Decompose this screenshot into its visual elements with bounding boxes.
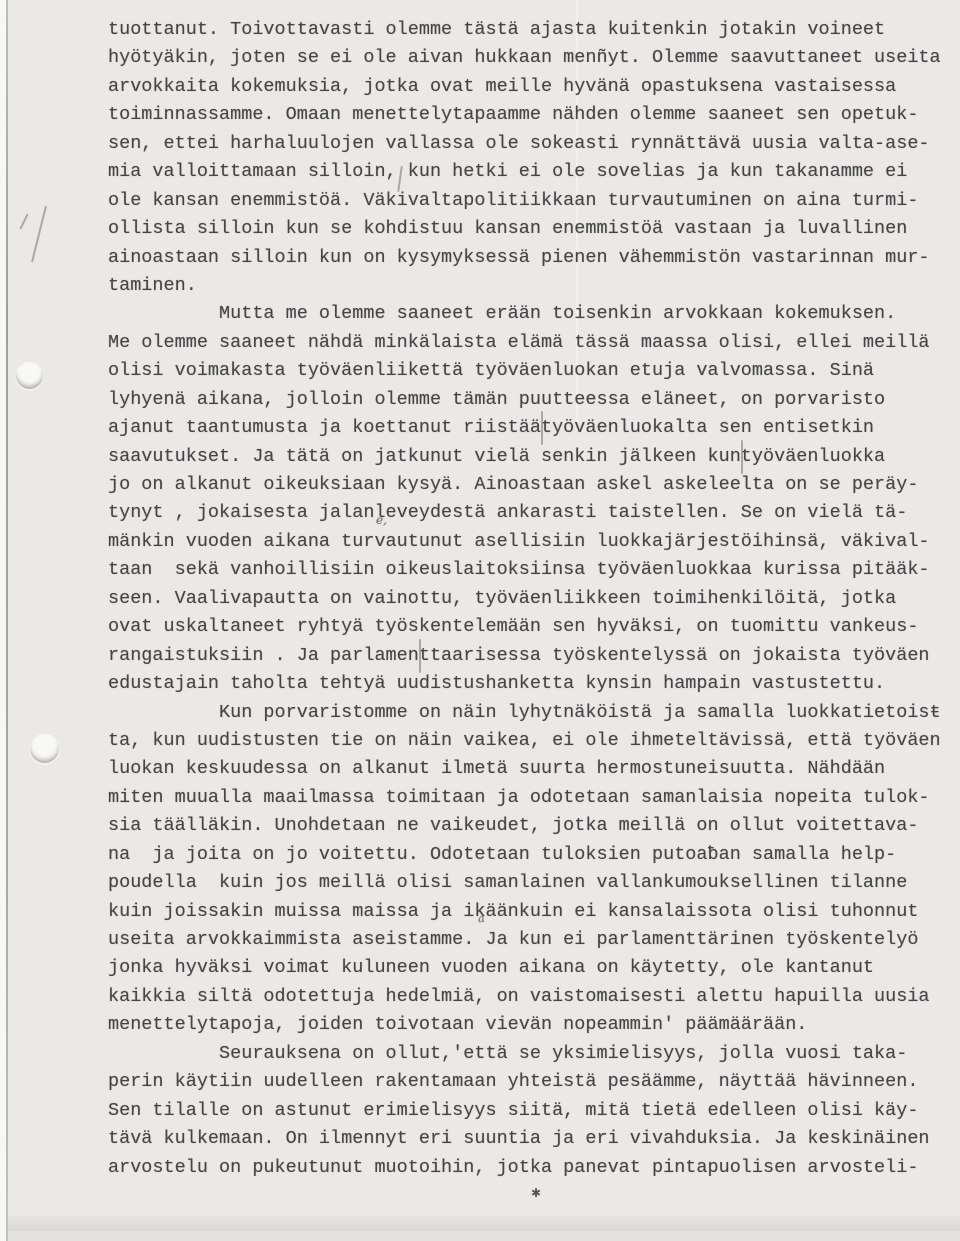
text-line: Kun porvaristomme on näin lyhytnäköistä … bbox=[108, 699, 941, 727]
text-line: edustajain taholta tehtyä uudistushanket… bbox=[108, 670, 941, 698]
scanned-typewritten-page: { "document": { "lines": [ "tuottanut. T… bbox=[0, 0, 960, 1241]
page-end-mark: ✱ bbox=[531, 1186, 541, 1200]
text-line: kaikkia siltä odotettuja hedelmiä, on va… bbox=[108, 983, 941, 1011]
text-line: Sen tilalle on astunut erimielisyys siit… bbox=[108, 1097, 941, 1125]
text-line: lyhyenä aikana, jolloin olemme tämän puu… bbox=[108, 386, 941, 414]
page-bottom-edge bbox=[8, 1216, 960, 1231]
text-line: saavutukset. Ja tätä on jatkunut vielä s… bbox=[108, 443, 941, 471]
text-line: poudella kuin jos meillä olisi samanlain… bbox=[108, 869, 941, 897]
text-line: rangaistuksiin . Ja parlamenttaarisessa … bbox=[108, 642, 941, 670]
text-line: perin käytiin uudelleen rakentamaan yhte… bbox=[108, 1068, 941, 1096]
text-line: taminen. bbox=[108, 272, 941, 300]
page-left-edge-shadow bbox=[6, 0, 8, 1241]
text-line: ta, kun uudistusten tie on näin vaikea, … bbox=[108, 727, 941, 755]
text-line: miten muualla maailmassa toimitaan ja od… bbox=[108, 784, 941, 812]
text-line: kuin joissakin muissa maissa ja ikäänkui… bbox=[108, 898, 941, 926]
text-line: sia täälläkin. Unohdetaan ne vaikeudet, … bbox=[108, 812, 941, 840]
text-line: ajanut taantumusta ja koettanut riistäät… bbox=[108, 414, 941, 442]
text-line: ollista silloin kun se kohdistuu kansan … bbox=[108, 215, 941, 243]
text-line: ovat uskaltaneet ryhtyä työskentelemään … bbox=[108, 613, 941, 641]
text-line: tynyt , jokaisesta jalanleveydestä ankar… bbox=[108, 499, 941, 527]
typewritten-text: tuottanut. Toivottavasti olemme tästä aj… bbox=[108, 16, 941, 1182]
text-line: tuottanut. Toivottavasti olemme tästä aj… bbox=[108, 16, 941, 44]
text-line: ainoastaan silloin kun on kysymyksessä p… bbox=[108, 244, 941, 272]
text-line: sen, ettei harhaluulojen vallassa ole so… bbox=[108, 130, 941, 158]
pencil-word-divider bbox=[541, 411, 543, 445]
text-line: na ja joita on jo voitettu. Odotetaan tu… bbox=[108, 841, 941, 869]
text-line: jonka hyväksi voimat kuluneen vuoden aik… bbox=[108, 954, 941, 982]
punch-hole-bottom bbox=[30, 734, 59, 763]
text-line: hyötyäkin, joten se ei ole aivan hukkaan… bbox=[108, 44, 941, 72]
text-line: taan sekä vanhoillisiin oikeuslaitoksiin… bbox=[108, 556, 941, 584]
text-line: olisi voimakasta työväenliikettä työväen… bbox=[108, 357, 941, 385]
text-line: Mutta me olemme saaneet erään toisenkin … bbox=[108, 300, 941, 328]
text-line: jo on alkanut oikeuksiaan kysyä. Ainoast… bbox=[108, 471, 941, 499]
pencil-insertion-e: e, bbox=[376, 513, 387, 527]
text-line: seen. Vaalivapautta on vainottu, työväen… bbox=[108, 585, 941, 613]
text-line: arvokkaita kokemuksia, jotka ovat meille… bbox=[108, 73, 941, 101]
pencil-word-divider bbox=[419, 639, 421, 673]
text-line: menettelytapoja, joiden toivotaan vievän… bbox=[108, 1011, 941, 1039]
text-line: tävä kulkemaan. On ilmennyt eri suuntia … bbox=[108, 1125, 941, 1153]
scan-bottom-strip bbox=[8, 1231, 960, 1241]
text-line: Me olemme saaneet nähdä minkälaista eläm… bbox=[108, 329, 941, 357]
text-line: arvostelu on pukeutunut muotoihin, jotka… bbox=[108, 1154, 941, 1182]
text-line: Seurauksena on ollut,'että se yksimielis… bbox=[108, 1040, 941, 1068]
text-line: mänkin vuoden aikana turvautunut asellis… bbox=[108, 528, 941, 556]
text-line: ole kansan enemmistöä. Väkivaltapolitiik… bbox=[108, 187, 941, 215]
pencil-caret-a: a bbox=[477, 912, 485, 926]
text-line: luokan keskuudessa on alkanut ilmetä suu… bbox=[108, 755, 941, 783]
punch-hole-top bbox=[16, 362, 43, 389]
text-line: useita arvokkaimmista aseistamme. Ja kun… bbox=[108, 926, 941, 954]
pencil-word-divider bbox=[741, 440, 743, 474]
text-line: toiminnassamme. Omaan menettelytapaamme … bbox=[108, 101, 941, 129]
text-line: mia valloittamaan silloin, kun hetki ei … bbox=[108, 158, 941, 186]
